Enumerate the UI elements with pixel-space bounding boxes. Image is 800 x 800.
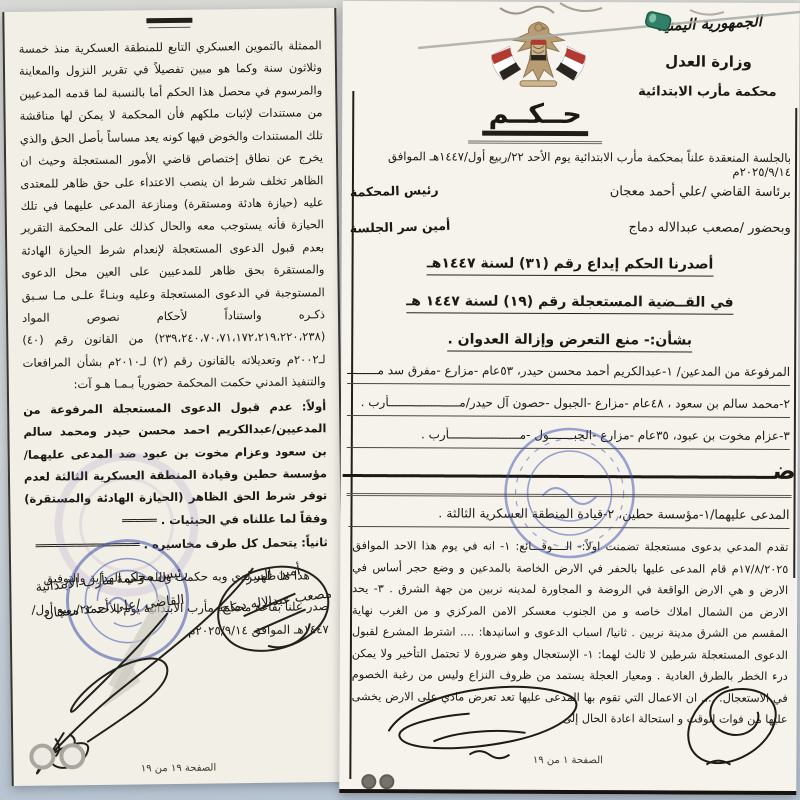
right-page-number: الصفحة ١ من ١٩ (339, 754, 796, 767)
verdict-number-line: أصدرنا الحكم إيداع رقم (٣١) لسنة ١٤٤٧هـ (342, 255, 799, 277)
secretary-role: أمين سر الجلسة (350, 218, 451, 236)
verdict-number-text: أصدرنا الحكم إيداع رقم (٣١) لسنة ١٤٤٧هـ (427, 255, 714, 276)
attendance-row: وبحضور /مصعب عبدالاله دماج أمين سر الجلس… (350, 219, 791, 236)
signature-left (373, 671, 595, 764)
double-rule (468, 140, 602, 144)
subject-text: بشأن:- منع التعرض وإزالة العدوان . (447, 331, 692, 352)
corner-marks (361, 774, 394, 789)
green-pin-icon (645, 11, 672, 31)
session-line: بالجلسة المنعقدة علناً بمحكمة مأرب الابت… (350, 149, 791, 179)
attended-by: وبحضور /مصعب عبدالاله دماج (629, 220, 791, 236)
left-page: الممثلة بالتموين العسكري التابع للمنطقة … (2, 8, 345, 786)
case-number-line: في القــضية المستعجلة رقم (١٩) لسنة ١٤٤٧… (341, 293, 798, 315)
presiding-row: برئاسة القاضي /علي أحمد معجان رئيس المحك… (350, 183, 791, 200)
subject-line: بشأن:- منع التعرض وإزالة العدوان . (341, 331, 798, 353)
hokm-heading: حــكــم (483, 100, 588, 136)
case-number-text: في القــضية المستعجلة رقم (١٩) لسنة ١٤٤٧… (406, 293, 733, 314)
corner-mark (361, 774, 376, 789)
court-title: محكمة مأرب الابتدائية (617, 84, 797, 100)
right-page: الجمهورية اليمنية وزارة العدل محكمة مأرب… (339, 1, 799, 795)
plaintiff-line-2: ٢-محمد سالم بن سعود ، ٤٨عام -مزارع -الجب… (347, 395, 790, 418)
ruling-reasoning-paragraph: الممثلة بالتموين العسكري التابع للمنطقة … (19, 34, 326, 396)
hokm-heading-block: حــكــم (468, 100, 602, 144)
presided-by: برئاسة القاضي /علي أحمد معجان (610, 184, 791, 200)
court-ink-stamp (498, 422, 641, 565)
plaintiff-line-1: المرفوعة من المدعين/ ١-عبدالكريم أحمد مح… (347, 363, 790, 386)
top-overlay (0, 0, 800, 70)
court-ruling-photo: الممثلة بالتموين العسكري التابع للمنطقة … (0, 0, 800, 800)
corner-mark (379, 774, 394, 789)
president-role: رئيس المحكمة (350, 182, 439, 200)
